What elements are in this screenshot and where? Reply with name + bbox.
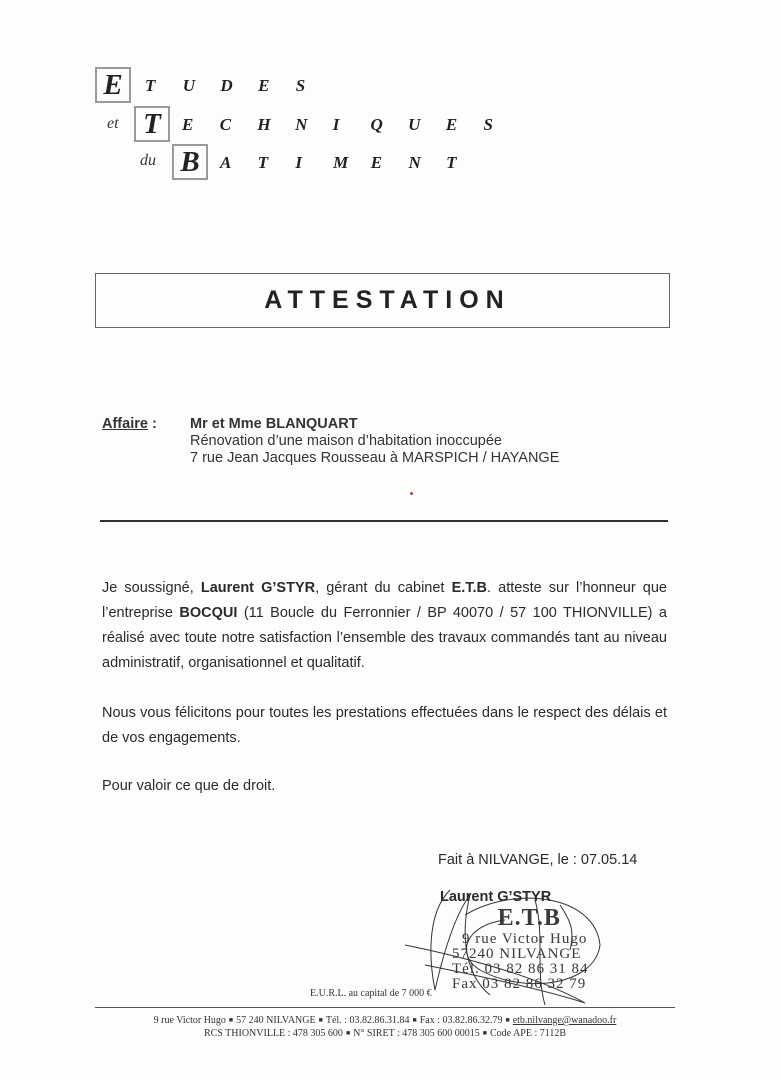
bullet-icon: ■ bbox=[319, 1016, 323, 1024]
affaire-address: 7 rue Jean Jacques Rousseau à MARSPICH /… bbox=[190, 450, 559, 467]
p1-contractor-name: BOCQUI bbox=[179, 605, 237, 621]
title-box: ATTESTATION bbox=[95, 273, 670, 328]
footer-ape: Code APE : 7112B bbox=[490, 1028, 566, 1039]
paragraph-congratulations: Nous vous félicitons pour toutes les pre… bbox=[102, 701, 667, 751]
p1-text-1: Je soussigné, bbox=[102, 580, 201, 596]
logo-letter: T bbox=[446, 153, 484, 173]
logo-initial-t: T bbox=[134, 106, 170, 142]
logo-letter: M bbox=[333, 153, 371, 173]
logo-letter: E bbox=[371, 153, 409, 173]
footer-tel: Tél. : 03.82.86.31.84 bbox=[326, 1015, 410, 1026]
affaire-details: Mr et Mme BLANQUART Rénovation d’une mai… bbox=[190, 416, 559, 467]
logo-word-etudes: TUDES bbox=[145, 76, 333, 96]
logo-letter: D bbox=[220, 76, 258, 96]
affaire-client: Mr et Mme BLANQUART bbox=[190, 416, 559, 433]
logo-letter: T bbox=[258, 153, 296, 173]
logo-letter: S bbox=[296, 76, 334, 96]
logo-letter: T bbox=[145, 76, 183, 96]
bullet-icon: ■ bbox=[483, 1029, 487, 1037]
logo-prefix-du: du bbox=[140, 152, 156, 170]
logo-letter: E bbox=[182, 115, 220, 135]
bullet-icon: ■ bbox=[505, 1016, 509, 1024]
logo-letter: S bbox=[484, 115, 522, 135]
footer-registration-line: RCS THIONVILLE : 478 305 600■N° SIRET : … bbox=[95, 1027, 675, 1040]
logo-letter: I bbox=[333, 115, 371, 135]
paragraph-attestation: Je soussigné, Laurent G’STYR, gérant du … bbox=[102, 576, 667, 676]
p1-text-2: , gérant du cabinet bbox=[315, 580, 451, 596]
logo-word-techniques: ECHNIQUES bbox=[182, 115, 521, 135]
footer-email-link[interactable]: etb.nilvange@wanadoo.fr bbox=[513, 1015, 617, 1026]
logo-letter: E bbox=[258, 76, 296, 96]
logo-letter: E bbox=[446, 115, 484, 135]
footer-fax: Fax : 03.82.86.32.79 bbox=[420, 1015, 503, 1026]
section-divider bbox=[100, 520, 668, 522]
document-title: ATTESTATION bbox=[264, 286, 510, 315]
logo-letter: N bbox=[408, 153, 446, 173]
bullet-icon: ■ bbox=[412, 1016, 416, 1024]
footer-rcs: RCS THIONVILLE : 478 305 600 bbox=[204, 1028, 343, 1039]
footer-divider bbox=[95, 1007, 675, 1008]
logo-letter: Q bbox=[370, 115, 408, 135]
affaire-label-text: Affaire bbox=[102, 416, 148, 432]
logo-initial-e: E bbox=[95, 67, 131, 103]
logo-letter: I bbox=[295, 153, 333, 173]
affaire-project: Rénovation d’une maison d’habitation ino… bbox=[190, 433, 559, 450]
affaire-label: Affaire : bbox=[102, 416, 157, 432]
logo-letter: U bbox=[183, 76, 221, 96]
logo-initial-b: B bbox=[172, 144, 208, 180]
bullet-icon: ■ bbox=[229, 1016, 233, 1024]
p1-firm-name: E.T.B bbox=[452, 580, 487, 596]
logo-word-batiment: ATIMENT bbox=[220, 153, 484, 173]
logo-letter: N bbox=[295, 115, 333, 135]
scan-speck bbox=[410, 492, 413, 495]
affaire-label-colon: : bbox=[148, 416, 157, 432]
logo-letter: H bbox=[257, 115, 295, 135]
logo-letter: A bbox=[220, 153, 258, 173]
logo-letter: C bbox=[220, 115, 258, 135]
footer: 9 rue Victor Hugo■57 240 NILVANGE■Tél. :… bbox=[95, 1014, 675, 1040]
footer-siret: N° SIRET : 478 305 600 00015 bbox=[353, 1028, 480, 1039]
footer-contact-line: 9 rue Victor Hugo■57 240 NILVANGE■Tél. :… bbox=[95, 1014, 675, 1027]
place-date: Fait à NILVANGE, le : 07.05.14 bbox=[438, 852, 637, 868]
paragraph-closing: Pour valoir ce que de droit. bbox=[102, 774, 667, 799]
legal-capital: E.U.R.L. au capital de 7 000 € bbox=[310, 988, 432, 999]
logo-prefix-et: et bbox=[107, 115, 119, 133]
bullet-icon: ■ bbox=[346, 1029, 350, 1037]
logo-letter: U bbox=[408, 115, 446, 135]
footer-address: 9 rue Victor Hugo bbox=[154, 1015, 226, 1026]
p1-manager-name: Laurent G’STYR bbox=[201, 580, 315, 596]
footer-postcode: 57 240 NILVANGE bbox=[236, 1015, 315, 1026]
